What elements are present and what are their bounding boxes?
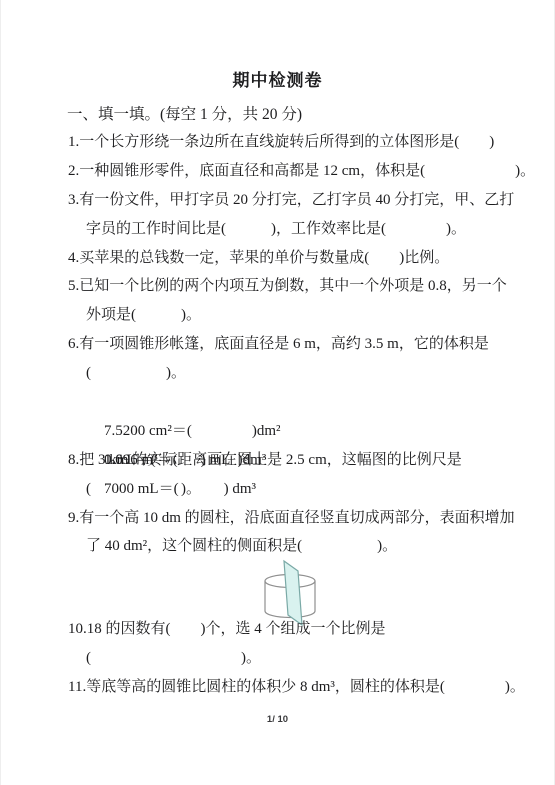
question-10-line-2: ( )。 bbox=[1, 644, 554, 673]
section-heading: 一、填一填。(每空 1 分，共 20 分) bbox=[1, 102, 554, 128]
question-9-line-1: 9.有一个高 10 dm 的圆柱，沿底面直径竖直切成两部分，表面积增加 bbox=[1, 504, 554, 533]
question-10-line-1: 10.18 的因数有( )个，选 4 个组成一个比例是 bbox=[1, 615, 554, 644]
question-6-line-2: ( )。 bbox=[1, 359, 554, 388]
question-2: 2.一种圆锥形零件，底面直径和高都是 12 cm，体积是( )。 bbox=[1, 157, 554, 186]
page-number: 1/ 10 bbox=[1, 714, 554, 725]
question-8-line-1: 8.把 3 km 的实际距离画在图上是 2.5 cm，这幅图的比例尺是 bbox=[1, 446, 554, 475]
question-1: 1.一个长方形绕一条边所在直线旋转后所得到的立体图形是( ) bbox=[1, 128, 554, 157]
page-title: 期中检测卷 bbox=[1, 0, 554, 94]
question-5-line-1: 5.已知一个比例的两个内项互为倒数，其中一个外项是 0.8，另一个 bbox=[1, 272, 554, 301]
question-3-line-2: 字员的工作时间比是( )，工作效率比是( )。 bbox=[1, 215, 554, 244]
test-paper-page: 期中检测卷 一、填一填。(每空 1 分，共 20 分) 1.一个长方形绕一条边所… bbox=[0, 0, 555, 785]
question-8-line-2: ( )。 bbox=[1, 475, 554, 504]
question-4: 4.买苹果的总钱数一定，苹果的单价与数量成( )比例。 bbox=[1, 244, 554, 273]
question-7-row-1: 7.5200 cm²＝( )dm² 1.6 L＝( ) mL bbox=[1, 388, 554, 417]
question-11: 11.等底等高的圆锥比圆柱的体积少 8 dm³，圆柱的体积是( )。 bbox=[1, 673, 554, 702]
question-5-line-2: 外项是( )。 bbox=[1, 301, 554, 330]
conversion-cm2-dm2: 7.5200 cm²＝( )dm² bbox=[104, 417, 329, 446]
question-3-line-1: 3.有一份文件，甲打字员 20 分打完，乙打字员 40 分打完，甲、乙打 bbox=[1, 186, 554, 215]
question-6-line-1: 6.有一项圆锥形帐篷，底面直径是 6 m，高约 3.5 m，它的体积是 bbox=[1, 330, 554, 359]
